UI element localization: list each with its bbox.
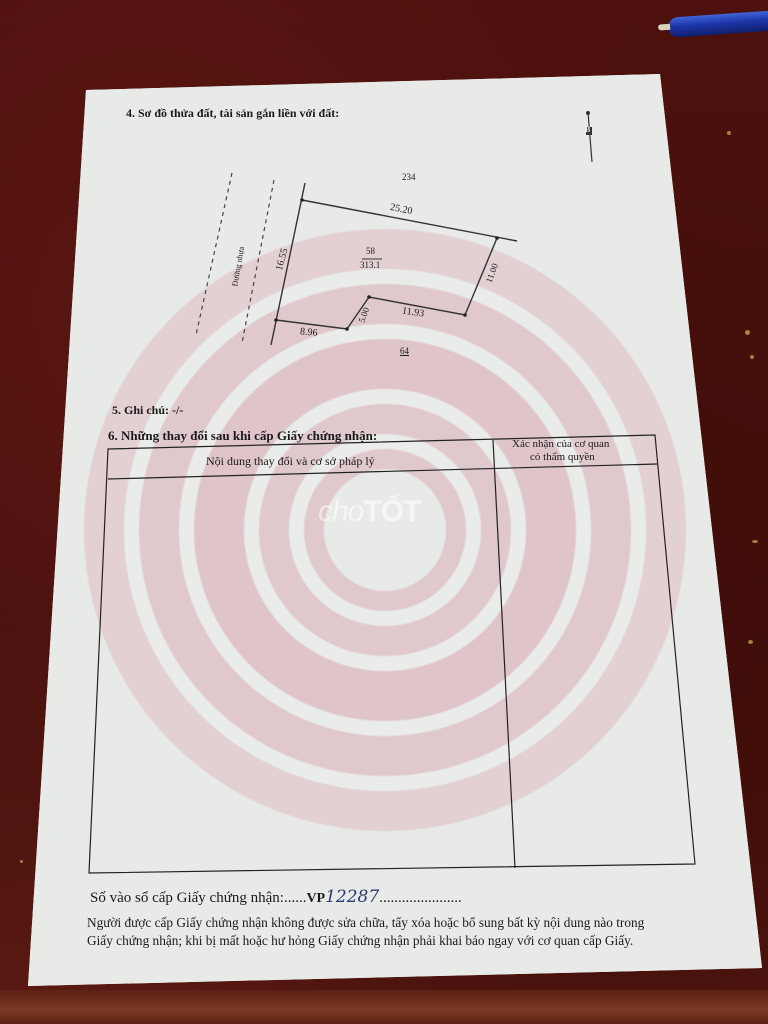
table-header-confirmation-line2: có thẩm quyền bbox=[530, 451, 595, 463]
table-speck bbox=[748, 640, 753, 644]
footer-notice-line1: Người được cấp Giấy chứng nhận không đượ… bbox=[87, 915, 644, 931]
registry-number-line: Số vào sổ cấp Giấy chứng nhận:......VP12… bbox=[90, 887, 462, 907]
registry-number-handwritten: 12287 bbox=[325, 887, 379, 907]
land-certificate-page: 4. Sơ đồ thửa đất, tài sản gắn liền với … bbox=[0, 0, 768, 1024]
chotot-watermark: choTỐT bbox=[318, 495, 420, 529]
table-speck bbox=[750, 355, 754, 359]
footer-notice-line2: Giấy chứng nhận; khi bị mất hoặc hư hỏng… bbox=[87, 933, 633, 949]
table-header-confirmation-line1: Xác nhận của cơ quan bbox=[512, 438, 609, 450]
table-speck bbox=[745, 330, 750, 335]
registry-prefix: VP bbox=[306, 891, 325, 906]
pen-tip bbox=[658, 24, 670, 31]
table-speck bbox=[727, 131, 731, 135]
table-speck bbox=[20, 860, 23, 863]
registry-label: Số vào sổ cấp Giấy chứng nhận: bbox=[90, 890, 284, 906]
table-header-changes: Nội dung thay đổi và cơ sở pháp lý bbox=[206, 454, 375, 469]
ballpoint-pen bbox=[667, 10, 768, 38]
table-edge bbox=[0, 990, 768, 1024]
table-speck bbox=[752, 540, 758, 543]
